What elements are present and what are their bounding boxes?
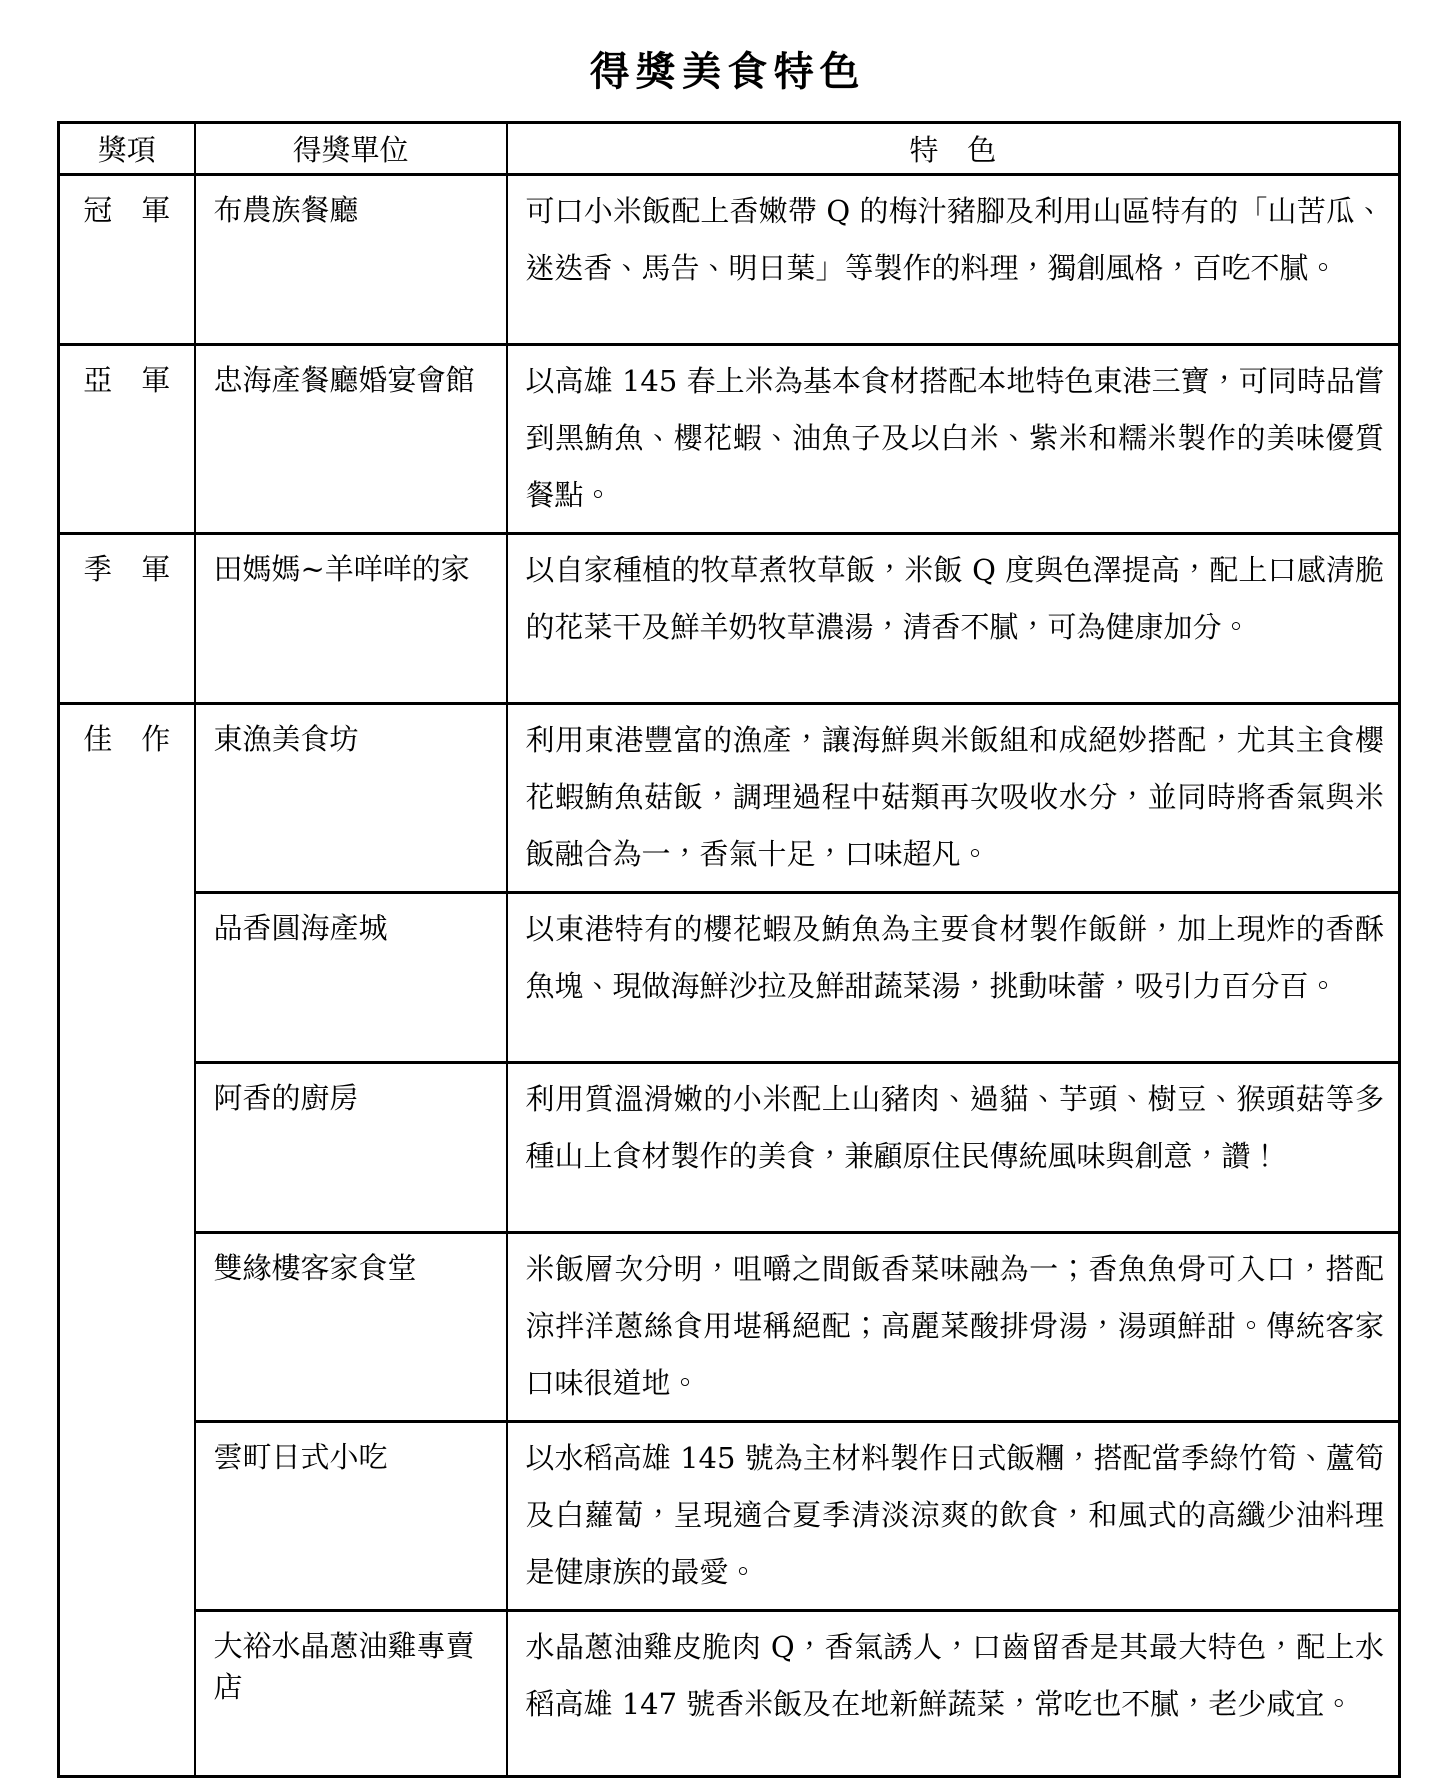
- header-row: 獎項 得獎單位 特 色: [59, 123, 1400, 175]
- unit-cell: 布農族餐廳: [195, 175, 507, 345]
- unit-cell: 品香圓海產城: [195, 893, 507, 1063]
- feature-cell: 水晶蔥油雞皮脆肉 Q，香氣誘人，口齒留香是其最大特色，配上水稻高雄 147 號香…: [507, 1611, 1400, 1777]
- unit-cell: 大裕水晶蔥油雞專賣店: [195, 1611, 507, 1777]
- table-row-honorable-mention: 雲町日式小吃 以水稻高雄 145 號為主材料製作日式飯糰，搭配當季綠竹筍、蘆筍及…: [59, 1422, 1400, 1611]
- page-title: 得獎美食特色: [57, 0, 1398, 97]
- unit-cell: 忠海產餐廳婚宴會館: [195, 345, 507, 534]
- feature-cell: 以自家種植的牧草煮牧草飯，米飯 Q 度與色澤提高，配上口感清脆的花菜干及鮮羊奶牧…: [507, 534, 1400, 704]
- feature-cell: 以水稻高雄 145 號為主材料製作日式飯糰，搭配當季綠竹筍、蘆筍及白蘿蔔，呈現適…: [507, 1422, 1400, 1611]
- table-row-honorable-mention: 阿香的廚房 利用質溫滑嫩的小米配上山豬肉、過貓、芋頭、樹豆、猴頭菇等多種山上食材…: [59, 1063, 1400, 1233]
- table-row-champion: 冠 軍 布農族餐廳 可口小米飯配上香嫩帶 Q 的梅汁豬腳及利用山區特有的「山苦瓜…: [59, 175, 1400, 345]
- feature-cell: 米飯層次分明，咀嚼之間飯香菜味融為一；香魚魚骨可入口，搭配涼拌洋蔥絲食用堪稱絕配…: [507, 1233, 1400, 1422]
- feature-cell: 以高雄 145 春上米為基本食材搭配本地特色東港三寶，可同時品嘗到黑鮪魚、櫻花蝦…: [507, 345, 1400, 534]
- award-cell: 季 軍: [59, 534, 195, 704]
- table-row-honorable-mention: 雙緣樓客家食堂 米飯層次分明，咀嚼之間飯香菜味融為一；香魚魚骨可入口，搭配涼拌洋…: [59, 1233, 1400, 1422]
- unit-cell: 雲町日式小吃: [195, 1422, 507, 1611]
- header-cell-award: 獎項: [59, 123, 195, 175]
- feature-cell: 利用質溫滑嫩的小米配上山豬肉、過貓、芋頭、樹豆、猴頭菇等多種山上食材製作的美食，…: [507, 1063, 1400, 1233]
- table-row-honorable-mention: 佳 作 東漁美食坊 利用東港豐富的漁產，讓海鮮與米飯組和成絕妙搭配，尤其主食櫻花…: [59, 704, 1400, 893]
- feature-cell: 可口小米飯配上香嫩帶 Q 的梅汁豬腳及利用山區特有的「山苦瓜、迷迭香、馬告、明日…: [507, 175, 1400, 345]
- table-row-honorable-mention: 品香圓海產城 以東港特有的櫻花蝦及鮪魚為主要食材製作飯餅，加上現炸的香酥魚塊、現…: [59, 893, 1400, 1063]
- table-row-runner-up: 亞 軍 忠海產餐廳婚宴會館 以高雄 145 春上米為基本食材搭配本地特色東港三寶…: [59, 345, 1400, 534]
- unit-cell: 東漁美食坊: [195, 704, 507, 893]
- unit-cell: 阿香的廚房: [195, 1063, 507, 1233]
- unit-cell: 田媽媽~羊咩咩的家: [195, 534, 507, 704]
- unit-cell: 雙緣樓客家食堂: [195, 1233, 507, 1422]
- feature-cell: 利用東港豐富的漁產，讓海鮮與米飯組和成絕妙搭配，尤其主食櫻花蝦鮪魚菇飯，調理過程…: [507, 704, 1400, 893]
- header-cell-unit: 得獎單位: [195, 123, 507, 175]
- award-cell: 冠 軍: [59, 175, 195, 345]
- header-cell-feature: 特 色: [507, 123, 1400, 175]
- feature-cell: 以東港特有的櫻花蝦及鮪魚為主要食材製作飯餅，加上現炸的香酥魚塊、現做海鮮沙拉及鮮…: [507, 893, 1400, 1063]
- table-row-third-place: 季 軍 田媽媽~羊咩咩的家 以自家種植的牧草煮牧草飯，米飯 Q 度與色澤提高，配…: [59, 534, 1400, 704]
- table-row-honorable-mention: 大裕水晶蔥油雞專賣店 水晶蔥油雞皮脆肉 Q，香氣誘人，口齒留香是其最大特色，配上…: [59, 1611, 1400, 1777]
- award-cell: 亞 軍: [59, 345, 195, 534]
- document-page: { "page_title": "得獎美食特色", "table": { "he…: [0, 0, 1455, 1778]
- award-cell-merged: 佳 作: [59, 704, 195, 1777]
- awards-table: 獎項 得獎單位 特 色 冠 軍 布農族餐廳 可口小米飯配上香嫩帶 Q 的梅汁豬腳…: [57, 121, 1401, 1778]
